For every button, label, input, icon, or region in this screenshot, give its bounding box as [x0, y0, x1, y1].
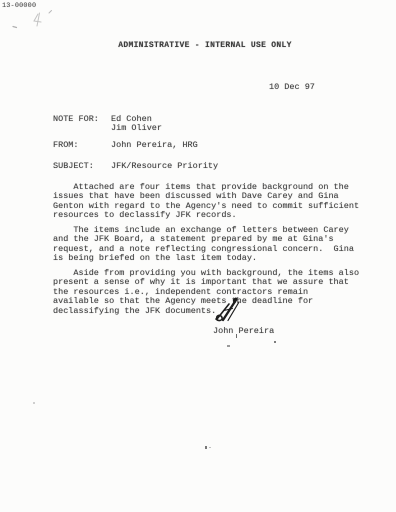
- field-value-subject: JFK/Resource Priority: [111, 162, 218, 171]
- scan-artifact: [227, 345, 230, 347]
- field-label-subject: SUBJECT:: [53, 162, 94, 171]
- memo-page: 13-00000 ADMINISTRATIVE - INTERNAL USE O…: [0, 0, 396, 512]
- field-value-note-for: Ed Cohen Jim Oliver: [111, 115, 162, 134]
- field-label-from: FROM:: [53, 141, 79, 150]
- body-paragraph-1: Attached are four items that provide bac…: [53, 183, 359, 221]
- body-paragraph-3: Aside from providing you with background…: [53, 269, 359, 316]
- field-value-from: John Pereira, HRG: [111, 141, 198, 150]
- pencil-scribble-icon: [12, 7, 74, 33]
- scan-artifact: [209, 447, 211, 448]
- classification-banner: ADMINISTRATIVE - INTERNAL USE ONLY: [7, 41, 396, 50]
- signature-name: John Pereira: [213, 327, 274, 336]
- signature-scribble-icon: [211, 296, 251, 324]
- field-label-note-for: NOTE FOR:: [53, 115, 99, 124]
- body-paragraph-2: The items include an exchange of letters…: [53, 226, 354, 264]
- scan-artifact: [205, 446, 207, 449]
- date: 10 Dec 97: [269, 83, 315, 92]
- scan-artifact: [33, 402, 35, 404]
- scan-artifact: [236, 334, 237, 338]
- scan-artifact: [274, 341, 276, 343]
